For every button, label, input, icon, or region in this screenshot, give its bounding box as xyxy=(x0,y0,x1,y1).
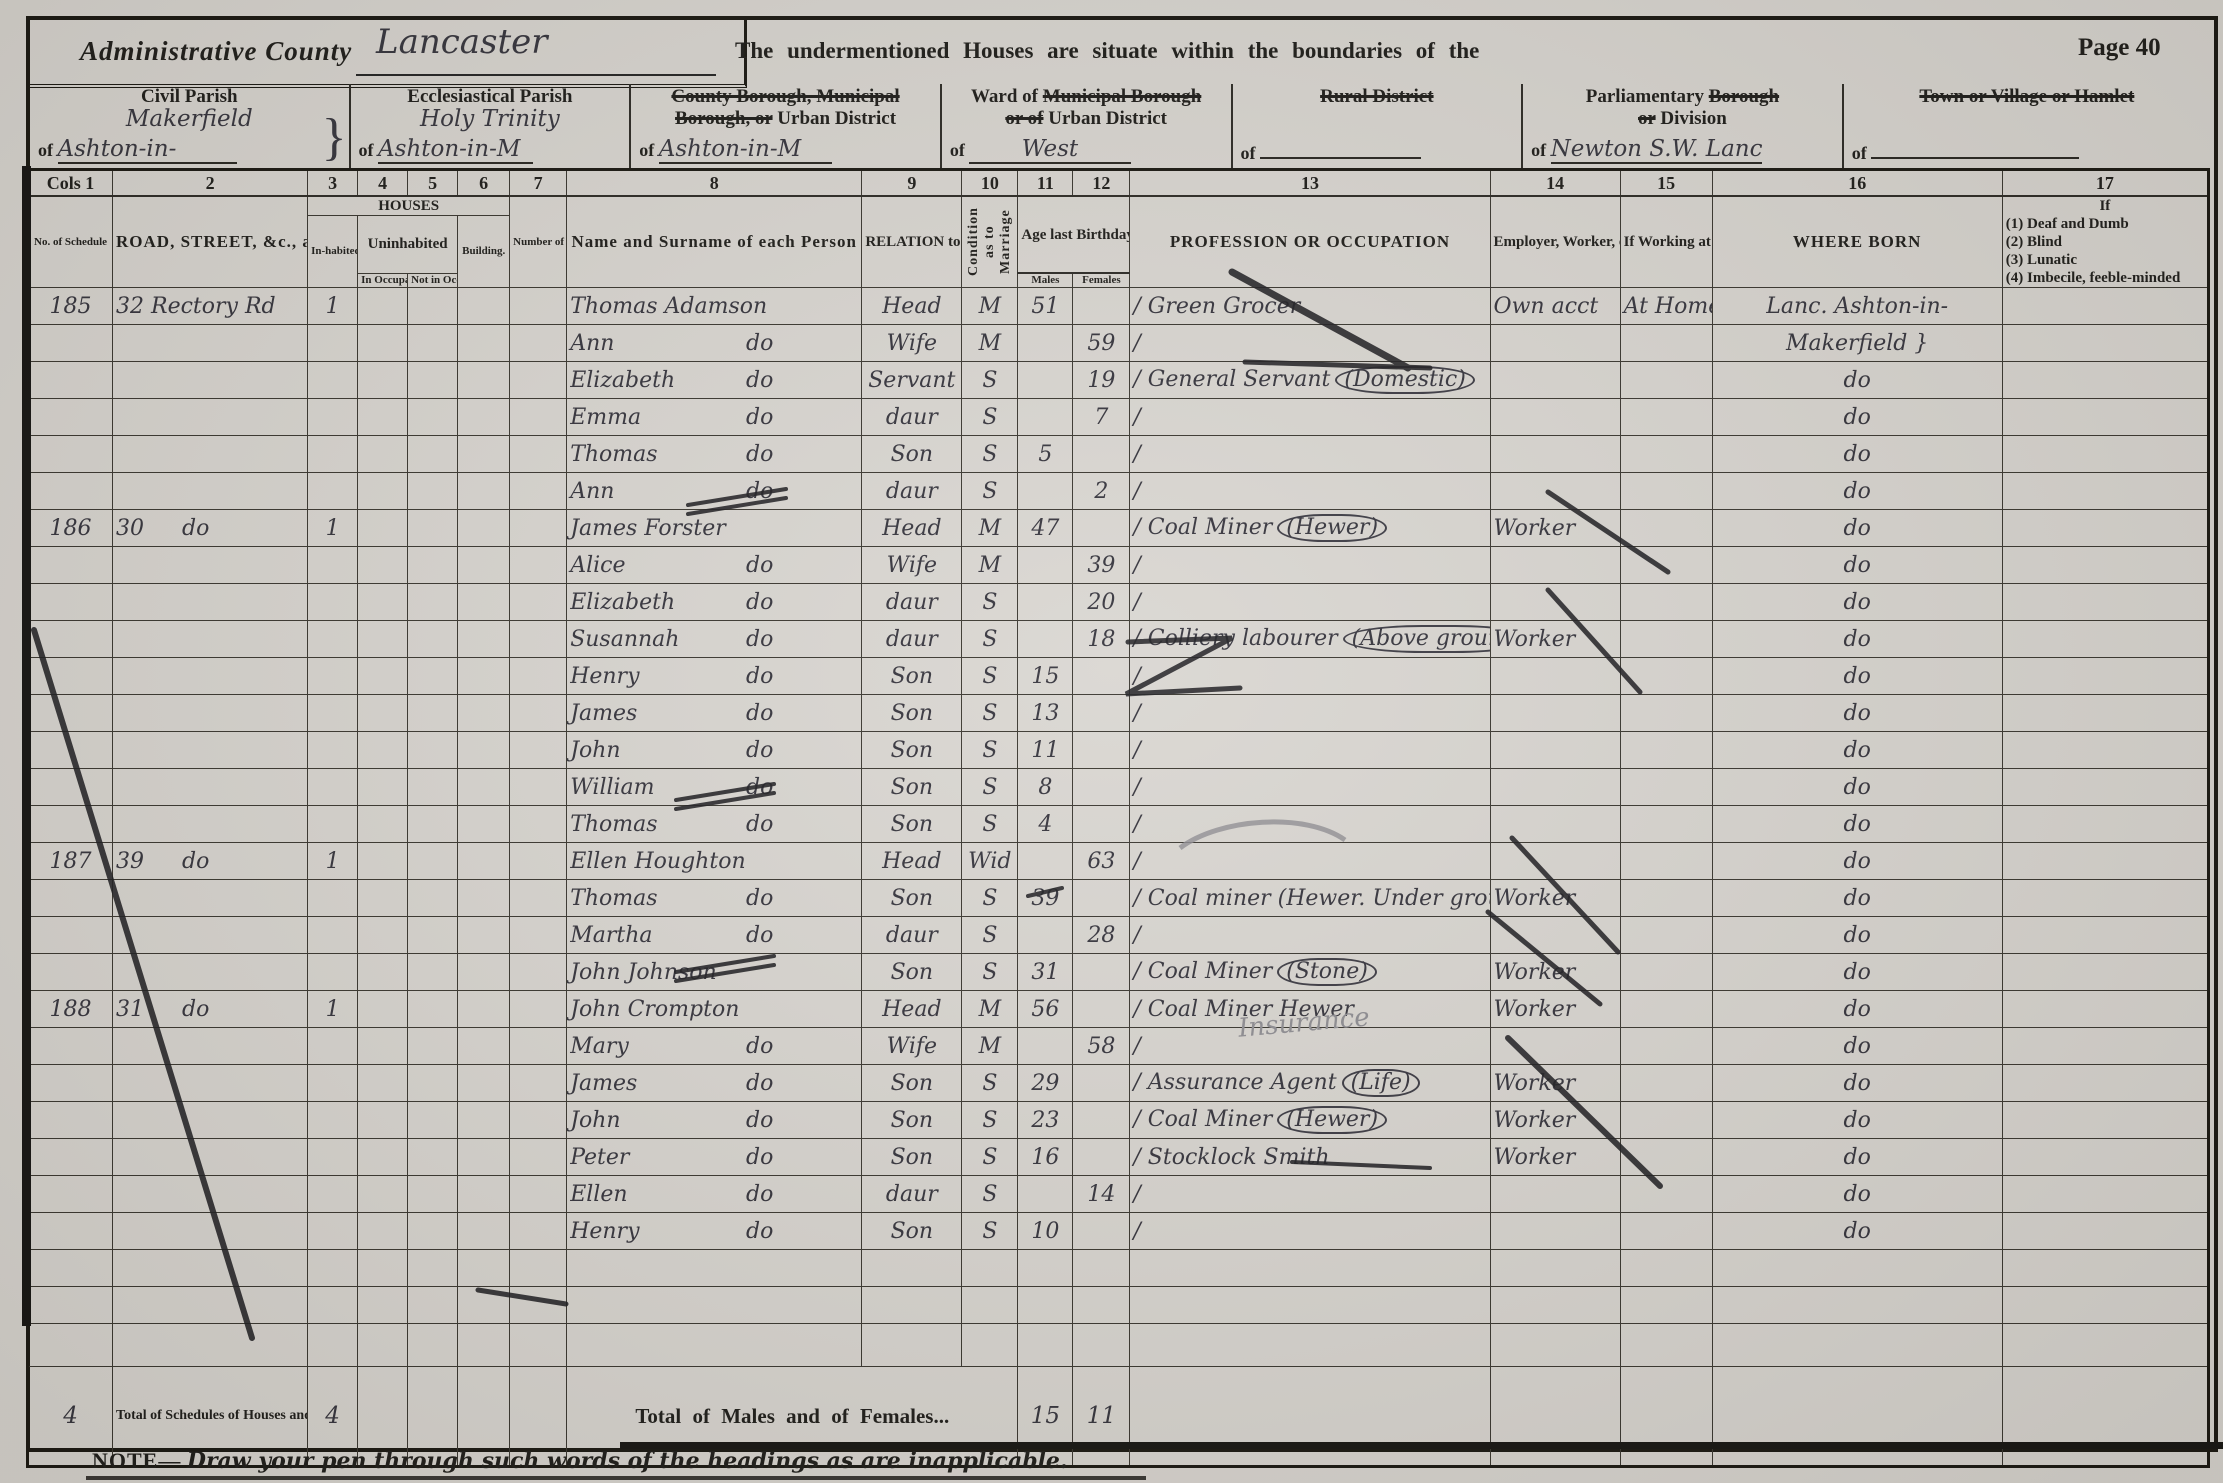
cell-uninhabited-not-occupation xyxy=(408,621,458,658)
cell-inhabited xyxy=(308,1102,358,1139)
cell-uninhabited-not-occupation xyxy=(408,991,458,1028)
cell-infirmity xyxy=(2002,843,2208,880)
cell-employer: Own acct xyxy=(1490,288,1620,325)
ecclesiastical-parish-box: Ecclesiastical Parish Holy Trinity of As… xyxy=(351,84,632,168)
ecclesiastical-parish-handwriting-top: Holy Trinity xyxy=(351,106,630,132)
col-num-14: 14 xyxy=(1490,170,1620,197)
of-label: of xyxy=(1531,140,1546,160)
cell-occupation: / xyxy=(1130,1213,1490,1250)
employer-header: Employer, Worker, or Own account xyxy=(1490,196,1620,288)
cell-working-at-home xyxy=(1620,1065,1712,1102)
cell-name: Anndo xyxy=(567,473,862,510)
cell-age-male: 5 xyxy=(1018,436,1073,473)
cell-occupation: / Coal Miner(Hewer) xyxy=(1130,1102,1490,1139)
cell-name xyxy=(567,1287,862,1324)
cell-uninhabited-in-occupation xyxy=(358,917,408,954)
cell-occupation: / xyxy=(1130,584,1490,621)
cell-age-female xyxy=(1073,1065,1130,1102)
cell-building xyxy=(458,584,510,621)
cell-address xyxy=(113,917,308,954)
cell-relation: daur xyxy=(862,1176,962,1213)
cell-uninhabited-not-occupation xyxy=(408,806,458,843)
cell-age-male: 4 xyxy=(1018,806,1073,843)
cell-infirmity xyxy=(2002,473,2208,510)
col-num-6: 6 xyxy=(458,170,510,197)
cell-relation xyxy=(862,1287,962,1324)
census-person-row: Elizabethdo Servant S 19 / General Serva… xyxy=(28,362,2209,399)
cell-relation: Head xyxy=(862,510,962,547)
cell-relation: Son xyxy=(862,806,962,843)
cell-relation: daur xyxy=(862,917,962,954)
cell-condition: S xyxy=(962,806,1018,843)
cell-building xyxy=(458,1102,510,1139)
cell-age-male xyxy=(1018,843,1073,880)
census-person-row: Johndo Son S 11 / do xyxy=(28,732,2209,769)
cell-name: Elizabethdo xyxy=(567,362,862,399)
cell-inhabited xyxy=(308,547,358,584)
cell-infirmity xyxy=(2002,547,2208,584)
cell-employer: Worker xyxy=(1490,954,1620,991)
cell-age-male xyxy=(1018,1028,1073,1065)
col-num-17: 17 xyxy=(2002,170,2208,197)
cell-rooms xyxy=(510,1250,567,1287)
cell-uninhabited-in-occupation xyxy=(358,510,408,547)
cell-rooms xyxy=(510,880,567,917)
cell-uninhabited-not-occupation xyxy=(408,1028,458,1065)
cell-uninhabited-not-occupation xyxy=(408,1250,458,1287)
cell-employer xyxy=(1490,1287,1620,1324)
cell-name: Thomasdo xyxy=(567,436,862,473)
cell-occupation: / xyxy=(1130,769,1490,806)
born-header: WHERE BORN xyxy=(1712,196,2002,288)
cell-schedule-number xyxy=(28,1213,113,1250)
cell-building xyxy=(458,954,510,991)
cell-where-born: Lanc. Ashton-in- xyxy=(1712,288,2002,325)
cell-name: Marydo xyxy=(567,1028,862,1065)
cell-schedule-number xyxy=(28,1139,113,1176)
administrative-county-box: Administrative County Lancaster xyxy=(26,20,747,88)
cell-employer xyxy=(1490,769,1620,806)
census-person-row: Anndo daur S 2 / do xyxy=(28,473,2209,510)
cell-inhabited xyxy=(308,769,358,806)
cell-uninhabited-not-occupation xyxy=(408,1287,458,1324)
cell-age-male xyxy=(1018,1176,1073,1213)
cell-age-male: 51 xyxy=(1018,288,1073,325)
county-borough-rest: Urban District xyxy=(773,108,896,129)
schedule-header: No. of Schedule xyxy=(28,196,113,288)
cell-occupation xyxy=(1130,1250,1490,1287)
cell-where-born: do xyxy=(1712,1028,2002,1065)
census-person-row: Elizabethdo daur S 20 / do xyxy=(28,584,2209,621)
home-header: If Working at Home xyxy=(1620,196,1712,288)
cell-working-at-home xyxy=(1620,510,1712,547)
cell-schedule-number xyxy=(28,1250,113,1287)
cell-employer xyxy=(1490,695,1620,732)
cell-building xyxy=(458,695,510,732)
cell-schedule-number xyxy=(28,362,113,399)
age-header: Age last Birthday of xyxy=(1018,196,1130,273)
cell-name: Thomasdo xyxy=(567,880,862,917)
cell-working-at-home xyxy=(1620,917,1712,954)
cell-age-female xyxy=(1073,769,1130,806)
cell-relation: Son xyxy=(862,1139,962,1176)
cell-inhabited: 1 xyxy=(308,843,358,880)
scan-left-border xyxy=(22,166,31,1326)
cell-uninhabited-not-occupation xyxy=(408,843,458,880)
cell-employer xyxy=(1490,325,1620,362)
of-label: of xyxy=(359,140,374,160)
cell-uninhabited-not-occupation xyxy=(408,362,458,399)
cell-condition: S xyxy=(962,1213,1018,1250)
cell-working-at-home xyxy=(1620,695,1712,732)
cell-condition: S xyxy=(962,621,1018,658)
cell-name: John Johnson xyxy=(567,954,862,991)
cell-condition: M xyxy=(962,547,1018,584)
cell-relation xyxy=(862,1250,962,1287)
col-num-12: 12 xyxy=(1073,170,1130,197)
cell-infirmity xyxy=(2002,325,2208,362)
cell-inhabited xyxy=(308,362,358,399)
cell-infirmity xyxy=(2002,1176,2208,1213)
cell-age-male xyxy=(1018,1287,1073,1324)
cell-employer xyxy=(1490,547,1620,584)
cell-uninhabited-in-occupation xyxy=(358,1287,408,1324)
cell-employer xyxy=(1490,1176,1620,1213)
cell-schedule-number: 185 xyxy=(28,288,113,325)
cell-schedule-number xyxy=(28,473,113,510)
cell-infirmity xyxy=(2002,1139,2208,1176)
cell-condition: Wid xyxy=(962,843,1018,880)
cell-address xyxy=(113,1028,308,1065)
cell-building xyxy=(458,1287,510,1324)
cell-occupation: / xyxy=(1130,917,1490,954)
cell-inhabited xyxy=(308,695,358,732)
col-num-1: Cols 1 xyxy=(28,170,113,197)
cell-where-born: do xyxy=(1712,1176,2002,1213)
cell-condition: S xyxy=(962,1102,1018,1139)
cell-schedule-number: 186 xyxy=(28,510,113,547)
cell-uninhabited-in-occupation xyxy=(358,288,408,325)
cell-working-at-home xyxy=(1620,954,1712,991)
cell-occupation xyxy=(1130,1287,1490,1324)
cell-uninhabited-in-occupation xyxy=(358,695,408,732)
cell-where-born: do xyxy=(1712,732,2002,769)
cell-uninhabited-in-occupation xyxy=(358,399,408,436)
cell-rooms xyxy=(510,917,567,954)
cell-employer xyxy=(1490,399,1620,436)
inhabited-header: In-habited xyxy=(308,216,358,288)
county-borough-struck-1: County Borough, Municipal xyxy=(671,86,899,107)
census-person-row: Henrydo Son S 15 / do xyxy=(28,658,2209,695)
cell-infirmity xyxy=(2002,954,2208,991)
cell-age-male xyxy=(1018,473,1073,510)
cell-working-at-home xyxy=(1620,362,1712,399)
cell-age-female: 39 xyxy=(1073,547,1130,584)
cell-building xyxy=(458,769,510,806)
cell-infirmity xyxy=(2002,1287,2208,1324)
cell-uninhabited-not-occupation xyxy=(408,584,458,621)
cell-name: Jamesdo xyxy=(567,695,862,732)
cell-working-at-home xyxy=(1620,1102,1712,1139)
cell-rooms xyxy=(510,732,567,769)
cell-inhabited xyxy=(308,584,358,621)
cell-building xyxy=(458,547,510,584)
cell-where-born: do xyxy=(1712,917,2002,954)
cell-occupation: / Coal Miner(Stone) xyxy=(1130,954,1490,991)
cell-name: Henrydo xyxy=(567,658,862,695)
header-row-1: No. of Schedule ROAD, STREET, &c., and N… xyxy=(28,196,2209,216)
cell-age-female xyxy=(1073,1213,1130,1250)
census-person-row: Thomasdo Son S 5 / do xyxy=(28,436,2209,473)
footer-note: NOTE— Draw your pen through such words o… xyxy=(92,1448,1068,1474)
cell-condition: M xyxy=(962,325,1018,362)
col-num-13: 13 xyxy=(1130,170,1490,197)
females-header: Females xyxy=(1073,273,1130,287)
census-person-row: 187 39do 1 Ellen Houghton Head Wid 63 / … xyxy=(28,843,2209,880)
cell-schedule-number xyxy=(28,1102,113,1139)
occupation-header: PROFESSION OR OCCUPATION xyxy=(1130,196,1490,288)
cell-uninhabited-in-occupation xyxy=(358,325,408,362)
of-label: of xyxy=(38,140,53,160)
cell-uninhabited-in-occupation xyxy=(358,658,408,695)
cell-inhabited xyxy=(308,1250,358,1287)
cell-where-born: Makerfield } xyxy=(1712,325,2002,362)
cell-condition: M xyxy=(962,991,1018,1028)
cell-where-born: do xyxy=(1712,1213,2002,1250)
cell-age-male: 31 xyxy=(1018,954,1073,991)
cell-age-female xyxy=(1073,436,1130,473)
cell-infirmity xyxy=(2002,621,2208,658)
cell-where-born: do xyxy=(1712,436,2002,473)
cell-where-born: do xyxy=(1712,510,2002,547)
cell-name: Ellen Houghton xyxy=(567,843,862,880)
cell-age-female xyxy=(1073,806,1130,843)
cell-uninhabited-not-occupation xyxy=(408,954,458,991)
cell-inhabited xyxy=(308,880,358,917)
census-person-row: Emmado daur S 7 / do xyxy=(28,399,2209,436)
cell-age-male xyxy=(1018,1250,1073,1287)
of-label: of xyxy=(950,140,965,160)
cell-uninhabited-not-occupation xyxy=(408,547,458,584)
cell-building xyxy=(458,510,510,547)
cell-address xyxy=(113,880,308,917)
census-person-row xyxy=(28,1287,2209,1324)
uninhabited-header: Uninhabited xyxy=(358,216,458,274)
males-header: Males xyxy=(1018,273,1073,287)
cell-where-born: do xyxy=(1712,1102,2002,1139)
rural-district-struck: Rural District xyxy=(1320,86,1433,107)
cell-relation: Son xyxy=(862,1065,962,1102)
cell-age-male: 13 xyxy=(1018,695,1073,732)
cell-name: Anndo xyxy=(567,325,862,362)
cell-rooms xyxy=(510,1139,567,1176)
cell-inhabited xyxy=(308,732,358,769)
cell-condition: M xyxy=(962,1028,1018,1065)
cell-infirmity xyxy=(2002,399,2208,436)
col-num-10: 10 xyxy=(962,170,1018,197)
cell-age-female: 63 xyxy=(1073,843,1130,880)
cell-inhabited xyxy=(308,1065,358,1102)
cell-inhabited xyxy=(308,1176,358,1213)
parliamentary-struck-1: Borough xyxy=(1709,86,1779,107)
cell-occupation: / xyxy=(1130,732,1490,769)
cell-where-born: do xyxy=(1712,547,2002,584)
cell-employer xyxy=(1490,584,1620,621)
cell-name: Jamesdo xyxy=(567,1065,862,1102)
cell-occupation: / General Servant(Domestic) xyxy=(1130,362,1490,399)
of-label: of xyxy=(639,140,654,160)
cell-address xyxy=(113,1102,308,1139)
cell-where-born: do xyxy=(1712,621,2002,658)
census-person-row: Ellendo daur S 14 / do xyxy=(28,1176,2209,1213)
cell-employer xyxy=(1490,917,1620,954)
cell-schedule-number xyxy=(28,695,113,732)
cell-age-male: 16 xyxy=(1018,1139,1073,1176)
cell-age-female: 20 xyxy=(1073,584,1130,621)
cell-uninhabited-not-occupation xyxy=(408,473,458,510)
col-num-11: 11 xyxy=(1018,170,1073,197)
cell-building xyxy=(458,1176,510,1213)
census-person-row xyxy=(28,1250,2209,1287)
cell-schedule-number xyxy=(28,399,113,436)
county-borough-box: County Borough, Municipal Borough, or Ur… xyxy=(631,84,942,168)
cell-uninhabited-not-occupation xyxy=(408,658,458,695)
col-num-5: 5 xyxy=(408,170,458,197)
cell-inhabited xyxy=(308,621,358,658)
cell-infirmity xyxy=(2002,1213,2208,1250)
cell-rooms xyxy=(510,547,567,584)
footer-note-label: NOTE— xyxy=(92,1448,181,1473)
cell-age-female xyxy=(1073,1287,1130,1324)
cell-uninhabited-not-occupation xyxy=(408,325,458,362)
rooms-header: Number of Rooms occupied if less than fi… xyxy=(510,196,567,288)
cell-employer: Worker xyxy=(1490,991,1620,1028)
cell-uninhabited-not-occupation xyxy=(408,1176,458,1213)
cell-schedule-number xyxy=(28,769,113,806)
cell-condition: S xyxy=(962,436,1018,473)
cell-building xyxy=(458,1028,510,1065)
cell-where-born: do xyxy=(1712,843,2002,880)
cell-uninhabited-in-occupation xyxy=(358,732,408,769)
cell-infirmity xyxy=(2002,510,2208,547)
cell-where-born: do xyxy=(1712,880,2002,917)
cell-employer xyxy=(1490,362,1620,399)
person-rows: 185 32 Rectory Rd 1 Thomas Adamson Head … xyxy=(28,288,2209,1324)
cell-age-male: 15 xyxy=(1018,658,1073,695)
cell-occupation: / Coal miner (Hewer. Under ground) xyxy=(1130,880,1490,917)
cell-age-female: 18 xyxy=(1073,621,1130,658)
page-number: Page 40 xyxy=(2078,34,2161,62)
cell-schedule-number xyxy=(28,880,113,917)
cell-name: Thomas Adamson xyxy=(567,288,862,325)
cell-rooms xyxy=(510,362,567,399)
cell-building xyxy=(458,732,510,769)
cell-uninhabited-not-occupation xyxy=(408,695,458,732)
houses-header: HOUSES xyxy=(308,196,510,216)
cell-infirmity xyxy=(2002,991,2208,1028)
cell-where-born: do xyxy=(1712,806,2002,843)
cell-uninhabited-not-occupation xyxy=(408,880,458,917)
cell-where-born: do xyxy=(1712,954,2002,991)
cell-infirmity xyxy=(2002,1065,2208,1102)
cell-inhabited xyxy=(308,1287,358,1324)
cell-relation: Son xyxy=(862,954,962,991)
cell-rooms xyxy=(510,658,567,695)
cell-uninhabited-not-occupation xyxy=(408,732,458,769)
census-person-row: John Johnson Son S 31 / Coal Miner(Stone… xyxy=(28,954,2209,991)
cell-schedule-number xyxy=(28,917,113,954)
cell-employer xyxy=(1490,658,1620,695)
census-person-row: Susannahdo daur S 18 / Colliery labourer… xyxy=(28,621,2209,658)
cell-age-female: 2 xyxy=(1073,473,1130,510)
cell-uninhabited-in-occupation xyxy=(358,1213,408,1250)
cell-building xyxy=(458,806,510,843)
cell-occupation: / xyxy=(1130,806,1490,843)
cell-condition: S xyxy=(962,917,1018,954)
cell-uninhabited-in-occupation xyxy=(358,954,408,991)
cell-age-female xyxy=(1073,880,1130,917)
census-person-row: Johndo Son S 23 / Coal Miner(Hewer) Work… xyxy=(28,1102,2209,1139)
cell-occupation: / xyxy=(1130,695,1490,732)
cell-name: Henrydo xyxy=(567,1213,862,1250)
cell-inhabited xyxy=(308,1213,358,1250)
rural-district-box: Rural District of xyxy=(1233,84,1524,168)
cell-address: 32 Rectory Rd xyxy=(113,288,308,325)
cell-schedule-number xyxy=(28,436,113,473)
ward-box: Ward of Municipal Borough or of Urban Di… xyxy=(942,84,1233,168)
cell-rooms xyxy=(510,510,567,547)
cell-schedule-number: 188 xyxy=(28,991,113,1028)
civil-parish-title: Civil Parish xyxy=(30,86,349,108)
cell-condition: S xyxy=(962,954,1018,991)
cell-infirmity xyxy=(2002,362,2208,399)
cell-where-born: do xyxy=(1712,584,2002,621)
cell-building xyxy=(458,362,510,399)
cell-working-at-home xyxy=(1620,1139,1712,1176)
cell-relation: Son xyxy=(862,1213,962,1250)
cell-age-female xyxy=(1073,1250,1130,1287)
cell-uninhabited-in-occupation xyxy=(358,843,408,880)
cell-employer: Worker xyxy=(1490,1139,1620,1176)
road-header: ROAD, STREET, &c., and No. or NAME of HO… xyxy=(113,196,308,288)
census-person-row: Peterdo Son S 16 / Stocklock Smith Worke… xyxy=(28,1139,2209,1176)
parliamentary-value: Newton S.W. Lanc xyxy=(1551,136,1763,162)
census-person-row: Marthado daur S 28 / do xyxy=(28,917,2209,954)
cell-building xyxy=(458,1139,510,1176)
cell-relation: Head xyxy=(862,288,962,325)
cell-age-male: 47 xyxy=(1018,510,1073,547)
cell-uninhabited-in-occupation xyxy=(358,1176,408,1213)
cell-uninhabited-in-occupation xyxy=(358,1102,408,1139)
cell-uninhabited-not-occupation xyxy=(408,769,458,806)
cell-age-male: 39 xyxy=(1018,880,1073,917)
cell-working-at-home xyxy=(1620,1287,1712,1324)
cell-rooms xyxy=(510,843,567,880)
cell-building xyxy=(458,399,510,436)
cell-working-at-home xyxy=(1620,658,1712,695)
cell-where-born: do xyxy=(1712,473,2002,510)
cell-name: Johndo xyxy=(567,1102,862,1139)
cell-employer xyxy=(1490,732,1620,769)
cell-relation: Wife xyxy=(862,547,962,584)
cell-condition: M xyxy=(962,510,1018,547)
cell-address xyxy=(113,658,308,695)
census-person-row: Williamdo Son S 8 / do xyxy=(28,769,2209,806)
column-number-row: Cols 1 2 3 4 5 6 7 8 9 10 11 12 13 14 15… xyxy=(28,170,2209,197)
census-person-row: Alicedo Wife M 39 / do xyxy=(28,547,2209,584)
cell-name: Ellendo xyxy=(567,1176,862,1213)
cell-uninhabited-not-occupation xyxy=(408,510,458,547)
